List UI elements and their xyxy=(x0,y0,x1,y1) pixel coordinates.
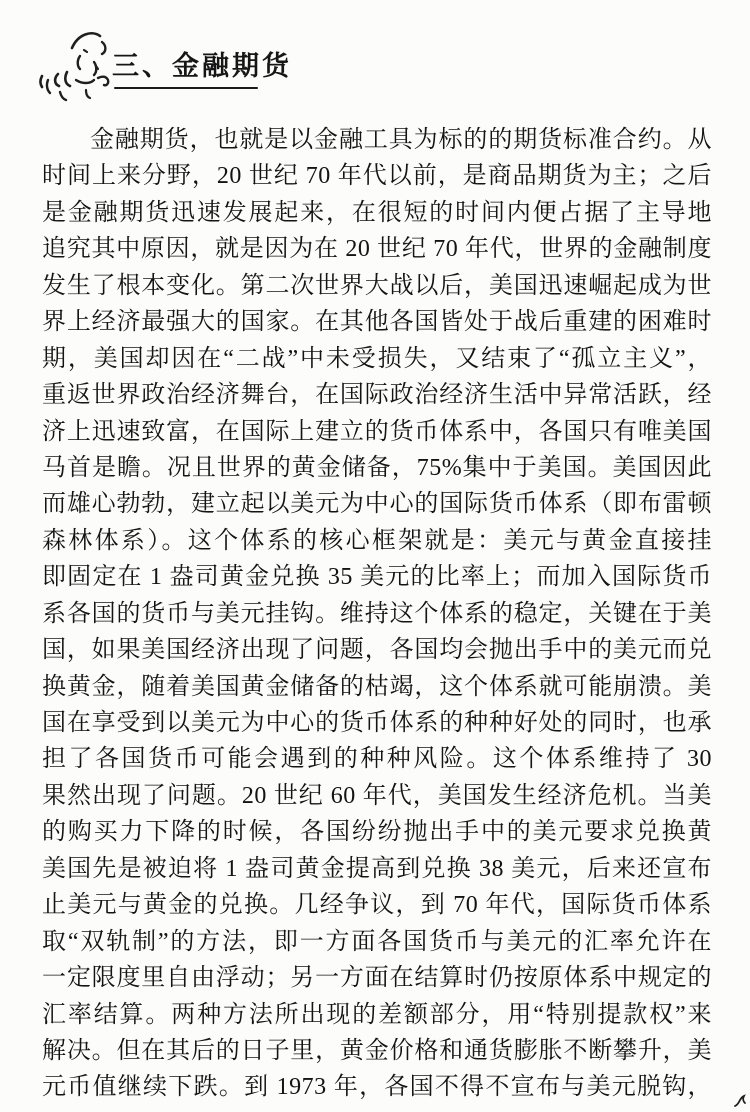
text-line: 济上迅速致富，在国际上建立的货币体系中，各国只有唯美国 xyxy=(42,414,712,450)
text-line: 美国先是被迫将 1 盎司黄金提高到兑换 38 美元，后来还宣布停 xyxy=(42,851,712,887)
text-line: 追究其中原因，就是因为在 20 世纪 70 年代，世界的金融制度 xyxy=(42,231,712,267)
text-line: 界上经济最强大的国家。在其他各国皆处于战后重建的困难时 xyxy=(42,304,712,340)
text-line: 是金融期货迅速发展起来，在很短的时间内便占据了主导地位。 xyxy=(42,195,712,231)
text-line: 即固定在 1 盎司黄金兑换 35 美元的比率上；而加入国际货币体 xyxy=(42,559,712,595)
text-line: 止美元与黄金的兑换。几经争议，到 70 年代，国际货币体系采 xyxy=(42,887,712,923)
page-corner-curl-icon xyxy=(732,1090,748,1110)
text-line: 汇率结算。两种方法所出现的差额部分，用“特别提款权”来 xyxy=(42,997,712,1033)
text-line: 担了各国货币可能会遇到的种种风险。这个体系维持了 30 年， xyxy=(42,741,712,777)
text-line: 金融期货，也就是以金融工具为标的的期货标准合约。从 xyxy=(42,122,712,158)
text-line: 一定限度里自由浮动；另一方面在结算时仍按原体系中规定的 xyxy=(42,960,712,996)
body-text: 金融期货，也就是以金融工具为标的的期货标准合约。从时间上来分野，20 世纪 70… xyxy=(42,122,712,1106)
text-line: 而雄心勃勃，建立起以美元为中心的国际货币体系（即布雷顿 xyxy=(42,486,712,522)
text-line: 期，美国却因在“二战”中未受损失，又结束了“孤立主义”， xyxy=(42,341,712,377)
text-line: 发生了根本变化。第二次世界大战以后，美国迅速崛起成为世 xyxy=(42,268,712,304)
text-line: 森林体系）。这个体系的核心框架就是：美元与黄金直接挂钩， xyxy=(42,523,712,559)
text-line: 换黄金，随着美国黄金储备的枯竭，这个体系就可能崩溃。美 xyxy=(42,669,712,705)
text-line: 国，如果美国经济出现了问题，各国均会抛出手中的美元而兑 xyxy=(42,632,712,668)
title-underline xyxy=(114,87,258,89)
text-line: 元币值继续下跌。到 1973 年，各国不得不宣布与美元脱钩，采 xyxy=(42,1069,712,1105)
text-line: 解决。但在其后的日子里，黄金价格和通货膨胀不断攀升，美 xyxy=(42,1033,712,1069)
text-line: 果然出现了问题。20 世纪 60 年代，美国发生经济危机。当美元 xyxy=(42,778,712,814)
page-title: 三、金融期货 xyxy=(112,44,292,83)
text-line: 的购买力下降的时候，各国纷纷抛出手中的美元要求兑换黄金， xyxy=(42,814,712,850)
text-line: 国在享受到以美元为中心的货币体系的种种好处的同时，也承 xyxy=(42,705,712,741)
text-line: 时间上来分野，20 世纪 70 年代以前，是商品期货为主；之后则 xyxy=(42,158,712,194)
text-line: 系各国的货币与美元挂钩。维持这个体系的稳定，关键在于美 xyxy=(42,596,712,632)
text-line: 取“双轨制”的方法，即一方面各国货币与美元的汇率允许在 xyxy=(42,924,712,960)
scribble-doodle-icon xyxy=(34,22,118,110)
text-line: 重返世界政治经济舞台，在国际政治经济生活中异常活跃，经 xyxy=(42,377,712,413)
book-page: 三、金融期货 金融期货，也就是以金融工具为标的的期货标准合约。从时间上来分野，2… xyxy=(0,0,750,1112)
text-line: 马首是瞻。况且世界的黄金储备，75%集中于美国。美国因此 xyxy=(42,450,712,486)
